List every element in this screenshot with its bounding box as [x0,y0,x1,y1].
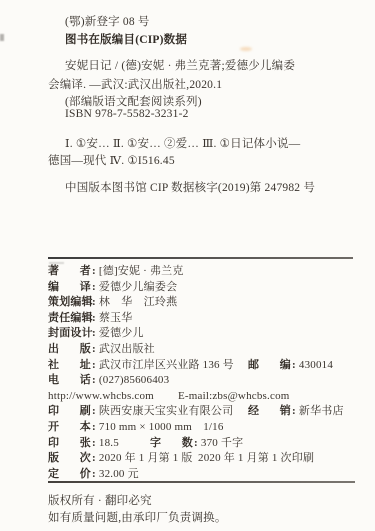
row-cover-design: 封面设计:爱德少儿 [48,326,370,342]
field-label: 定价 [48,467,91,483]
distributor-field: 经销:新华书店 [248,404,344,420]
field-value: [德]安妮 · 弗兰克 [99,265,184,277]
row-website: http://www.whcbs.comE-mail:zbs@whcbs.com [48,389,370,405]
label-colon: : [92,405,96,417]
website-url: http://www.whcbs.com [48,390,154,402]
row-price: 定价:32.00 元 [48,467,370,483]
field-value: 武汉出版社 [99,343,155,355]
field-label: 开本 [48,420,91,436]
scan-stain-artifact [240,47,252,51]
field-label: 著者 [48,264,91,280]
row-format: 开本:710 mm × 1000 mm 1/16 [48,420,370,436]
label-colon: : [92,265,96,277]
postcode-field: 邮编:430014 [248,358,333,374]
field-value: 370 千字 [201,437,243,449]
printing-run-value: 2020 年 1 月第 1 次印刷 [198,451,314,467]
field-label: 邮编 [248,358,291,374]
publication-details: 著者:[德]安妮 · 弗兰克 编译:爱德少儿编委会 策划编辑:林 华 江玲燕 责… [48,264,370,482]
field-label: 社址 [48,358,91,374]
label-colon: : [92,281,96,293]
series-note: (部编版语文配套阅读系列) [65,93,202,109]
field-label: 编译 [48,280,91,296]
field-label: 封面设计 [48,326,91,342]
field-value: 710 mm × 1000 mm 1/16 [99,421,224,433]
row-printer: 印刷:陕西安康天宝实业有限公司 经销:新华书店 [48,404,370,420]
field-value: 武汉市江岸区兴业路 136 号 [99,359,234,371]
label-colon: : [92,343,96,355]
cip-record-number: 中国版本图书馆 CIP 数据核字(2019)第 247982 号 [65,179,315,195]
field-value: 新华书店 [299,405,344,417]
cip-entry-line1: 安妮日记 / (德)安妮 · 弗兰克著;爱德少儿编委 [65,57,295,73]
label-colon: : [92,374,96,386]
field-label: 出版 [48,342,91,358]
cip-entry-line2: 会编译. —武汉:武汉出版社,2020.1 [48,76,222,92]
row-sheets: 印张:18.5 字数:370 千字 [48,436,370,452]
field-label: 印刷 [48,404,91,420]
field-value: 430014 [299,359,333,371]
field-label: 策划编辑 [48,295,91,311]
label-colon: : [92,359,96,371]
label-colon: : [92,312,96,324]
word-count-field: 字数:370 千字 [150,436,243,452]
field-value: (027)85606403 [99,374,169,386]
row-edition: 版次:2020 年 1 月第 1 版 2020 年 1 月第 1 次印刷 [48,451,370,467]
field-label: 经销 [248,404,291,420]
copyright-notice: 版权所有 · 翻印必究 [48,492,152,508]
label-colon: : [292,359,296,371]
field-value: 陕西安康天宝实业有限公司 [99,405,233,417]
divider-line-top [48,257,353,259]
cip-heading: 图书在版编目(CIP)数据 [65,31,187,47]
field-value: 2020 年 1 月第 1 版 [99,452,193,464]
registration-number: (鄂)新登字 08 号 [65,13,150,29]
label-colon: : [194,437,198,449]
row-planning-editor: 策划编辑:林 华 江玲燕 [48,295,370,311]
field-label: 版次 [48,451,91,467]
classification-line2: 德国—现代 Ⅳ. ①I516.45 [48,152,175,168]
row-publisher: 出版:武汉出版社 [48,342,370,358]
field-value: 林 华 江玲燕 [99,296,177,308]
quality-notice: 如有质量问题,由承印厂负责调换。 [48,509,227,525]
row-responsible-editor: 责任编辑:蔡玉华 [48,311,370,327]
row-telephone: 电话:(027)85606403 [48,373,370,389]
label-colon: : [292,405,296,417]
label-colon: : [92,437,96,449]
row-author: 著者:[德]安妮 · 弗兰克 [48,264,370,280]
divider-line-bottom [48,481,355,483]
field-value: 爱德少儿编委会 [99,281,177,293]
label-colon: : [92,452,96,464]
label-colon: : [92,468,96,480]
field-label: 电话 [48,373,91,389]
copyright-page: (鄂)新登字 08 号 图书在版编目(CIP)数据 安妮日记 / (德)安妮 ·… [0,0,375,531]
row-address: 社址:武汉市江岸区兴业路 136 号 邮编:430014 [48,358,370,374]
label-colon: : [92,421,96,433]
classification-line1: Ⅰ. ①安… Ⅱ. ①安… ②爱… Ⅲ. ①日记体小说— [65,135,300,151]
scan-edge-artifact [0,34,4,41]
field-value: 蔡玉华 [99,312,133,324]
field-value: 爱德少儿 [99,327,144,339]
email-address: E-mail:zbs@whcbs.com [178,390,290,402]
label-colon: : [92,296,96,308]
field-value: 32.00 元 [99,468,139,480]
field-label: 责任编辑 [48,311,91,327]
label-colon: : [92,327,96,339]
field-label: 字数 [150,436,193,452]
isbn-number: ISBN 978-7-5582-3231-2 [65,108,189,120]
field-value: 18.5 [99,437,119,449]
field-label: 印张 [48,436,91,452]
row-translator: 编译:爱德少儿编委会 [48,280,370,296]
